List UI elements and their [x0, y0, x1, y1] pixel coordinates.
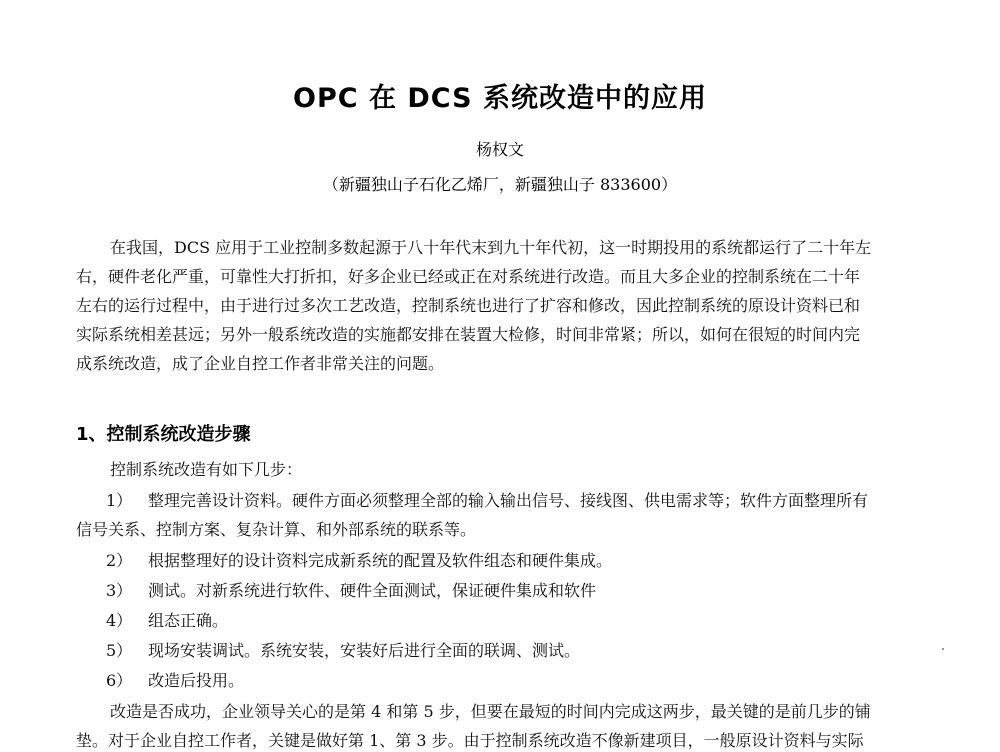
- paper-title: OPC 在 DCS 系统改造中的应用: [0, 76, 1000, 115]
- intro-line-2: 右，硬件老化严重，可靠性大打折扣，好多企业已经或正在对系统进行改造。而且大多企业…: [76, 264, 946, 287]
- step-number: 5）: [106, 638, 132, 661]
- step-1-continued: 信号关系、控制方案、复杂计算、和外部系统的联系等。: [76, 517, 946, 540]
- intro-line-4: 实际系统相差甚远；另外一般系统改造的实施都安排在装置大检修，时间非常紧；所以，如…: [76, 322, 946, 345]
- intro-line-3: 左右的运行过程中，由于进行过多次工艺改造，控制系统也进行了扩容和修改，因此控制系…: [76, 293, 946, 316]
- step-number: 3）: [106, 578, 132, 601]
- step-number: 6）: [106, 668, 132, 691]
- step-text: 根据整理好的设计资料完成新系统的配置及软件组态和硬件集成。: [148, 548, 612, 571]
- closing-line-2: 垫。对于企业自控工作者，关键是做好第 1、第 3 步。由于控制系统改造不像新建项…: [76, 728, 946, 751]
- author-name: 杨权文: [0, 137, 1000, 160]
- step-text: 组态正确。: [148, 608, 228, 631]
- step-text: 现场安装调试。系统安装，安装好后进行全面的联调、测试。: [148, 638, 580, 661]
- scan-artifact: [942, 648, 944, 650]
- step-text: 测试。对新系统进行软件、硬件全面测试，保证硬件集成和软件: [148, 578, 596, 601]
- step-text: 整理完善设计资料。硬件方面必须整理全部的输入输出信号、接线图、供电需求等；软件方…: [148, 488, 868, 511]
- step-text: 改造后投用。: [148, 668, 244, 691]
- document-page: OPC 在 DCS 系统改造中的应用 杨权文 （新疆独山子石化乙烯厂，新疆独山子…: [0, 0, 1000, 752]
- intro-line-5: 成系统改造，成了企业自控工作者非常关注的问题。: [76, 351, 946, 374]
- step-number: 4）: [106, 608, 132, 631]
- step-number: 2）: [106, 548, 132, 571]
- author-affiliation: （新疆独山子石化乙烯厂，新疆独山子 833600）: [0, 172, 1000, 195]
- step-number: 1）: [106, 488, 132, 511]
- section-heading: 1、控制系统改造步骤: [76, 420, 251, 446]
